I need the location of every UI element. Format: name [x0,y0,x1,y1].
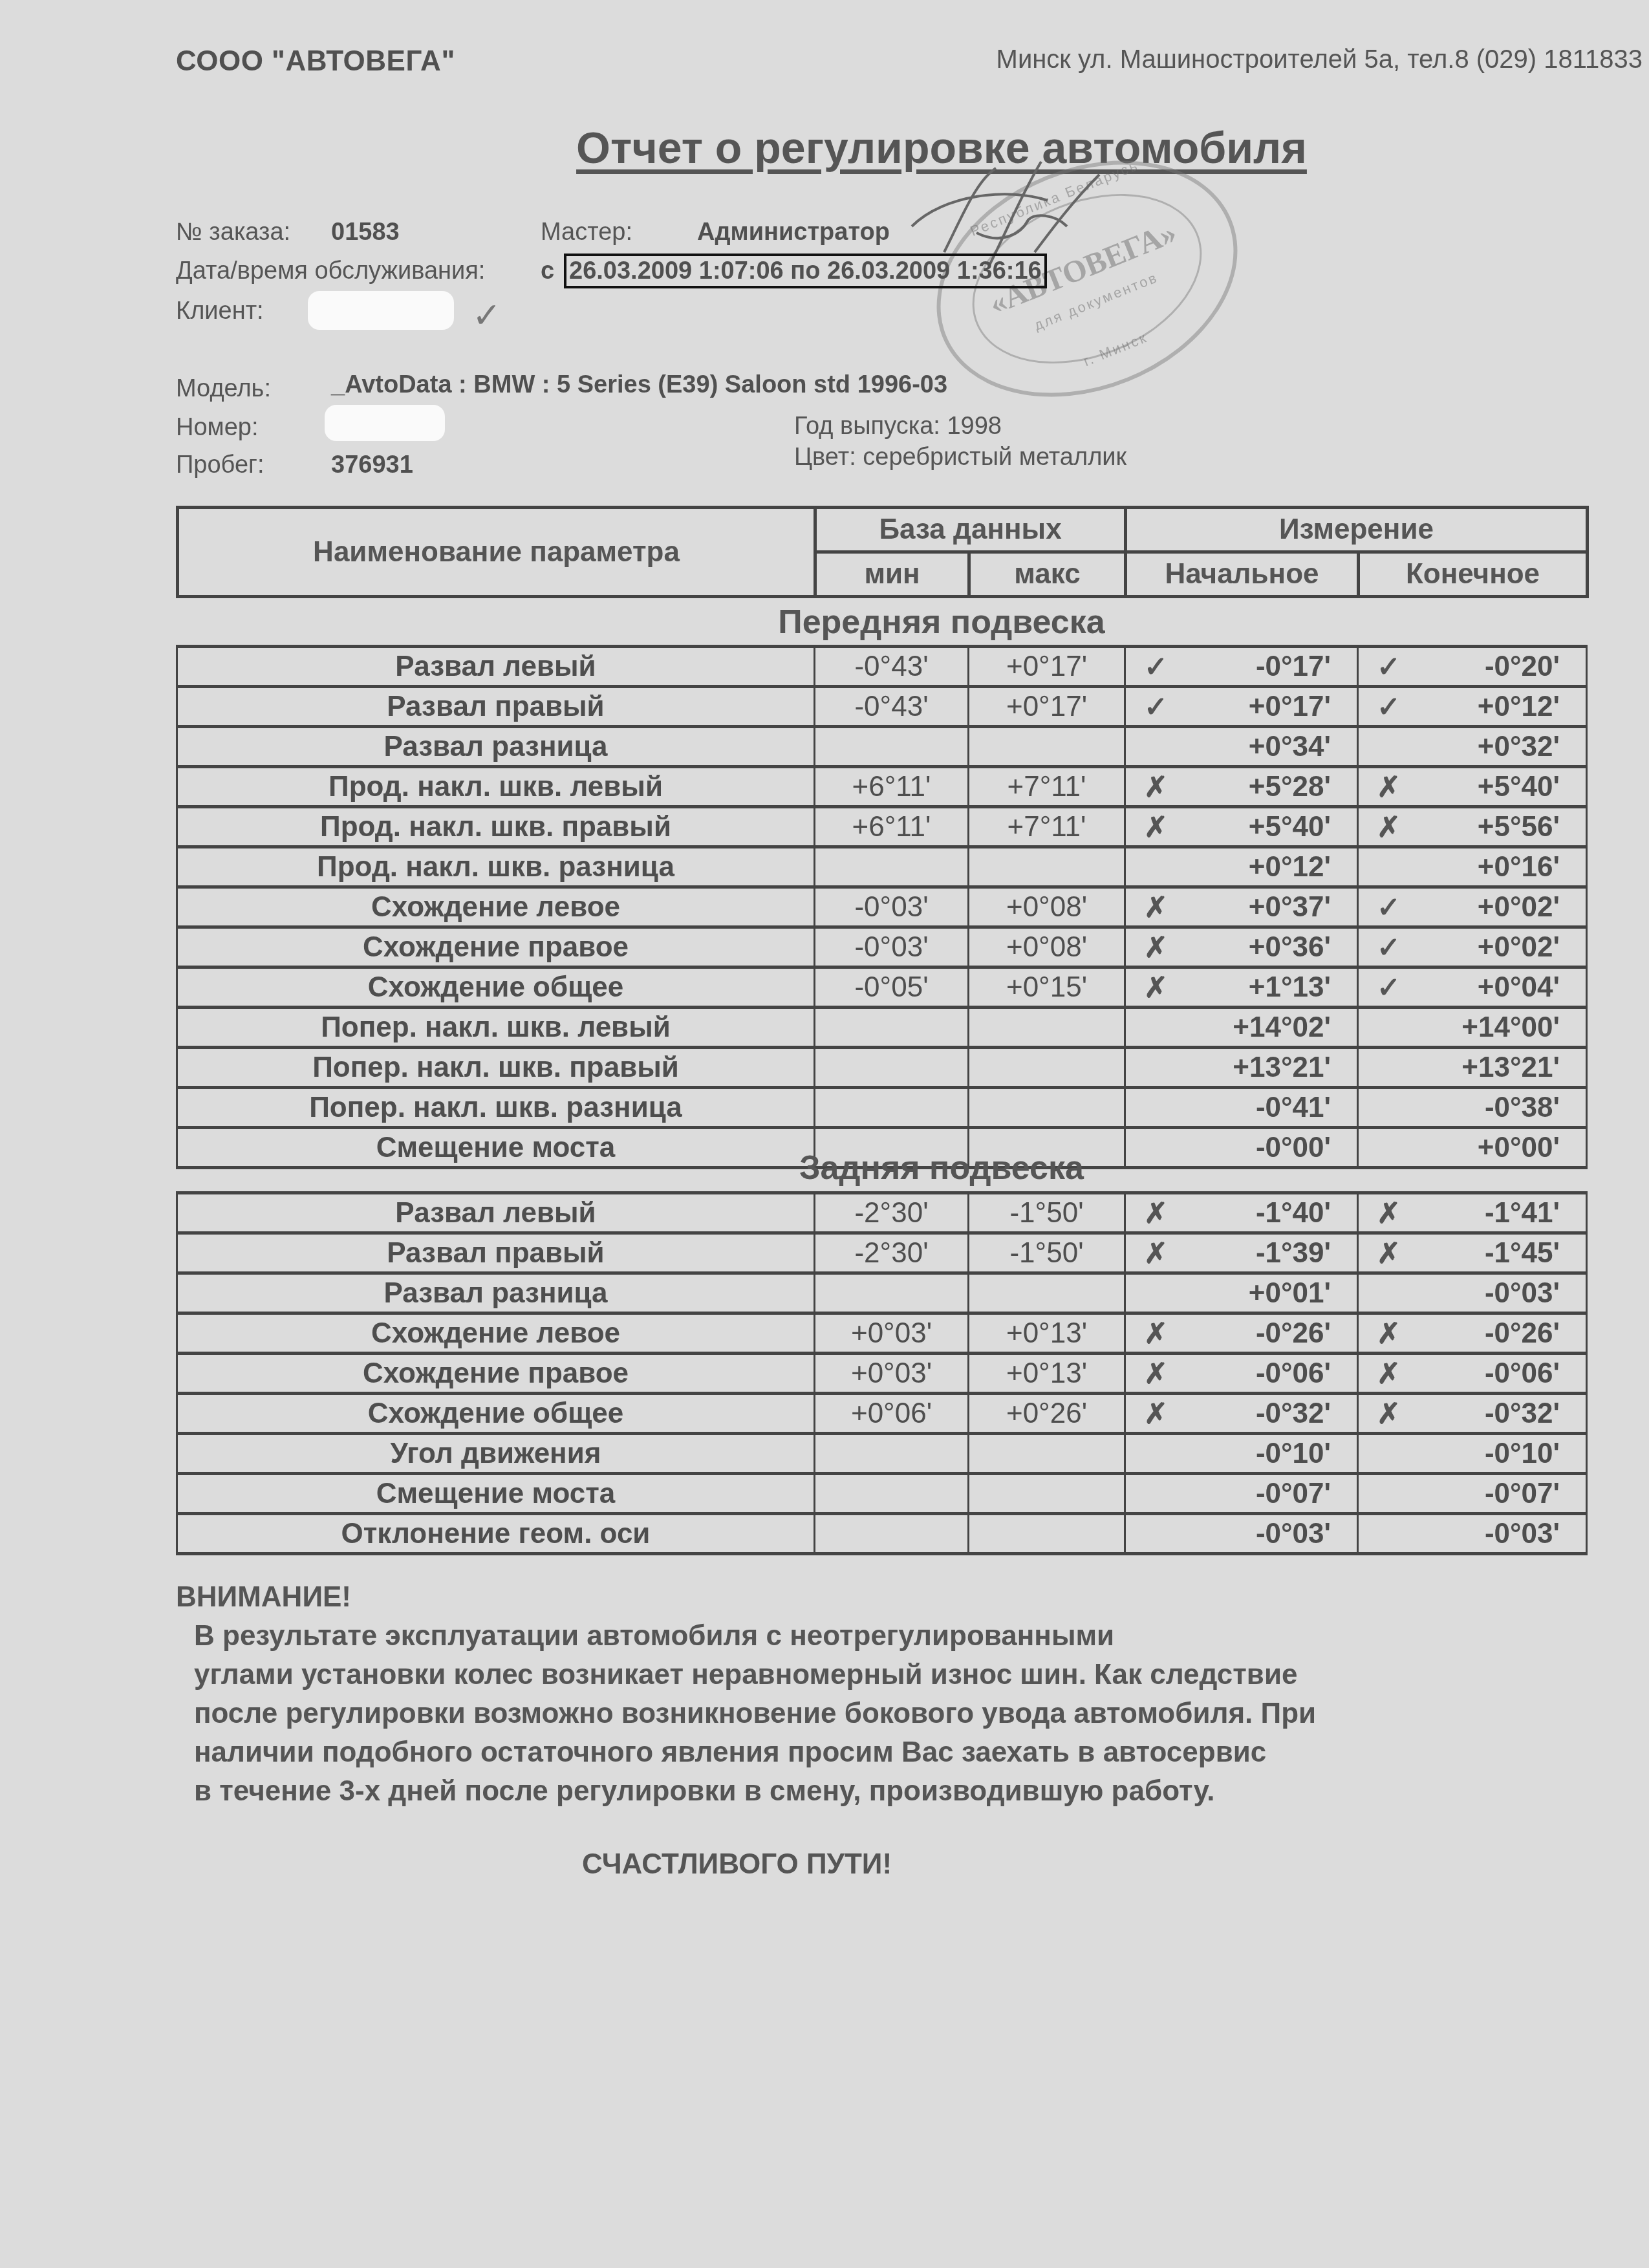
initial-value: -0°17' [1256,651,1331,682]
db-max [969,1008,1125,1048]
parameter-name: Прод. накл. шкв. левый [177,767,815,807]
initial-value-cell: ✗-0°26' [1125,1313,1358,1354]
cross-icon: ✗ [1144,1317,1168,1350]
initial-value: -0°32' [1256,1398,1331,1429]
db-max [969,1273,1125,1313]
db-max [969,727,1125,767]
db-min [815,1514,969,1554]
company-address: Минск ул. Машиностроителей 5а, тел.8 (02… [997,45,1643,74]
check-icon: ✓ [1377,891,1401,924]
table-row: Попер. накл. шкв. левый+14°02'+14°00' [177,1008,1587,1048]
cross-icon: ✗ [1144,1357,1168,1390]
header-final: Конечное [1359,552,1588,597]
db-max [969,1474,1125,1514]
initial-value: +0°34' [1249,731,1331,762]
db-max: +0°26' [969,1394,1125,1434]
final-value: +14°00' [1461,1011,1560,1043]
service-datetime-prefix: с [541,257,554,285]
cross-icon: ✗ [1377,771,1401,804]
final-value: -0°07' [1485,1478,1560,1509]
table-row: Угол движения-0°10'-0°10' [177,1434,1587,1474]
db-min: +6°11' [815,807,969,847]
farewell-text: СЧАСТЛИВОГО ПУТИ! [582,1848,892,1881]
final-value-cell: ✓-0°20' [1358,647,1587,687]
initial-value: +0°37' [1249,891,1331,923]
db-max [969,847,1125,887]
final-value-cell: ✓+0°02' [1358,887,1587,927]
notice-line: наличии подобного остаточного явления пр… [194,1733,1552,1772]
initial-value-cell: ✓+0°17' [1125,687,1358,727]
db-max: +0°08' [969,887,1125,927]
db-min: -2°30' [815,1193,969,1233]
table-row: Прод. накл. шкв. правый+6°11'+7°11'✗+5°4… [177,807,1587,847]
final-value: -0°20' [1485,651,1560,682]
parameter-name: Схождение общее [177,1394,815,1434]
db-min: +0°06' [815,1394,969,1434]
final-value: +0°16' [1478,851,1560,883]
db-max [969,1514,1125,1554]
initial-value: +5°28' [1249,771,1331,803]
final-value: +13°21' [1461,1052,1560,1083]
initial-value: +1°13' [1249,971,1331,1003]
header-database: База данных [815,508,1126,552]
plate-redacted [325,405,445,441]
initial-value-cell: ✗-0°06' [1125,1354,1358,1394]
cross-icon: ✗ [1144,1398,1168,1431]
db-max: +0°17' [969,687,1125,727]
db-min: +0°03' [815,1354,969,1394]
final-value-cell: ✗-0°32' [1358,1394,1587,1434]
final-value-cell: ✗+5°56' [1358,807,1587,847]
final-value-cell: ✓+0°12' [1358,687,1587,727]
final-value-cell: ✗-0°26' [1358,1313,1587,1354]
db-min: +0°03' [815,1313,969,1354]
cross-icon: ✗ [1377,1317,1401,1350]
table-row: Схождение правое+0°03'+0°13'✗-0°06'✗-0°0… [177,1354,1587,1394]
db-min [815,1474,969,1514]
initial-value-cell: ✓-0°17' [1125,647,1358,687]
initial-value-cell: +0°34' [1125,727,1358,767]
parameter-name: Попер. накл. шкв. разница [177,1088,815,1128]
parameter-name: Схождение левое [177,1313,815,1354]
parameter-name: Прод. накл. шкв. разница [177,847,815,887]
initial-value-cell: ✗+1°13' [1125,967,1358,1008]
notice-line: углами установки колес возникает неравно… [194,1656,1552,1694]
db-min [815,1008,969,1048]
cross-icon: ✗ [1377,1398,1401,1431]
order-number-label: № заказа: [176,219,290,246]
parameter-name: Развал левый [177,1193,815,1233]
db-max [969,1088,1125,1128]
parameter-name: Попер. накл. шкв. левый [177,1008,815,1048]
final-value-cell: +13°21' [1358,1048,1587,1088]
table-row: Попер. накл. шкв. правый+13°21'+13°21' [177,1048,1587,1088]
mileage-value: 376931 [331,451,413,479]
table-row: Схождение левое+0°03'+0°13'✗-0°26'✗-0°26… [177,1313,1587,1354]
master-label: Мастер: [541,219,632,246]
db-max: +0°08' [969,927,1125,967]
initial-value: -0°03' [1256,1518,1331,1550]
header-parameter: Наименование параметра [178,508,815,597]
final-value: +5°40' [1478,771,1560,803]
cross-icon: ✗ [1377,811,1401,844]
db-max: +0°13' [969,1313,1125,1354]
db-min [815,1088,969,1128]
db-min: -2°30' [815,1233,969,1273]
client-redacted [308,291,454,330]
service-datetime: 26.03.2009 1:07:06 по 26.03.2009 1:36:16 [564,254,1047,288]
parameter-name: Прод. накл. шкв. правый [177,807,815,847]
table-row: Развал левый-0°43'+0°17'✓-0°17'✓-0°20' [177,647,1587,687]
table-row: Развал правый-0°43'+0°17'✓+0°17'✓+0°12' [177,687,1587,727]
final-value-cell: -0°07' [1358,1474,1587,1514]
table-row: Прод. накл. шкв. левый+6°11'+7°11'✗+5°28… [177,767,1587,807]
parameter-name: Развал правый [177,1233,815,1273]
cross-icon: ✗ [1377,1197,1401,1230]
notice-line: В результате эксплуатации автомобиля с н… [194,1617,1552,1656]
cross-icon: ✗ [1377,1237,1401,1270]
initial-value: -0°06' [1256,1357,1331,1389]
db-max: +0°13' [969,1354,1125,1394]
check-icon: ✓ [1377,931,1401,964]
header-measurement: Измерение [1126,508,1588,552]
initial-value-cell: ✗+5°28' [1125,767,1358,807]
initial-value: +0°36' [1249,931,1331,963]
initial-value-cell: ✗-0°32' [1125,1394,1358,1434]
final-value-cell: -0°10' [1358,1434,1587,1474]
initial-value: -0°26' [1256,1317,1331,1349]
initial-value-cell: ✗+5°40' [1125,807,1358,847]
initial-value: +13°21' [1233,1052,1331,1083]
final-value: -1°41' [1485,1197,1560,1229]
final-value-cell: ✓+0°02' [1358,927,1587,967]
initial-value: -1°40' [1256,1197,1331,1229]
initial-value-cell: +0°01' [1125,1273,1358,1313]
table-row: Прод. накл. шкв. разница+0°12'+0°16' [177,847,1587,887]
db-min [815,847,969,887]
table-row: Схождение правое-0°03'+0°08'✗+0°36'✓+0°0… [177,927,1587,967]
check-icon: ✓ [1144,691,1168,724]
final-value: -0°38' [1485,1092,1560,1123]
cross-icon: ✗ [1144,811,1168,844]
check-icon: ✓ [1377,691,1401,724]
table-row: Развал разница+0°34'+0°32' [177,727,1587,767]
db-max: +0°17' [969,647,1125,687]
db-max [969,1434,1125,1474]
notice-line: в течение 3-х дней после регулировки в с… [194,1772,1552,1811]
initial-value: -1°39' [1256,1237,1331,1269]
final-value-cell: -0°03' [1358,1514,1587,1554]
table-row: Попер. накл. шкв. разница-0°41'-0°38' [177,1088,1587,1128]
parameter-name: Угол движения [177,1434,815,1474]
initial-value-cell: -0°07' [1125,1474,1358,1514]
final-value: -0°32' [1485,1398,1560,1429]
db-min: -0°03' [815,887,969,927]
db-min: -0°43' [815,647,969,687]
cross-icon: ✗ [1144,1197,1168,1230]
company-name: СООО "АВТОВЕГА" [176,45,455,78]
front-suspension-table: Развал левый-0°43'+0°17'✓-0°17'✓-0°20'Ра… [176,645,1588,1169]
cross-icon: ✗ [1144,891,1168,924]
db-min: +6°11' [815,767,969,807]
final-value-cell: ✗-1°41' [1358,1193,1587,1233]
final-value-cell: +14°00' [1358,1008,1587,1048]
initial-value-cell: ✗+0°37' [1125,887,1358,927]
final-value: -1°45' [1485,1237,1560,1269]
handwritten-check-icon: ✓ [472,295,501,336]
plate-label: Номер: [176,414,259,442]
notice-title: ВНИМАНИЕ! [176,1581,351,1614]
final-value: +0°04' [1478,971,1560,1003]
final-value: +5°56' [1478,811,1560,843]
db-min: -0°05' [815,967,969,1008]
parameter-name: Развал разница [177,1273,815,1313]
cross-icon: ✗ [1144,771,1168,804]
db-max: +7°11' [969,767,1125,807]
parameter-name: Схождение общее [177,967,815,1008]
header-min: мин [815,552,969,597]
initial-value-cell: ✗+0°36' [1125,927,1358,967]
initial-value-cell: -0°03' [1125,1514,1358,1554]
parameter-name: Развал левый [177,647,815,687]
parameter-name: Схождение левое [177,887,815,927]
initial-value-cell: +13°21' [1125,1048,1358,1088]
notice-line: после регулировки возможно возникновение… [194,1694,1552,1733]
model-label: Модель: [176,375,271,403]
table-row: Смещение моста-0°07'-0°07' [177,1474,1587,1514]
initial-value-cell: +0°12' [1125,847,1358,887]
initial-value-cell: ✗-1°40' [1125,1193,1358,1233]
final-value: -0°26' [1485,1317,1560,1349]
db-min [815,1434,969,1474]
final-value: -0°03' [1485,1277,1560,1309]
db-min: -0°03' [815,927,969,967]
table-row: Развал разница+0°01'-0°03' [177,1273,1587,1313]
master-value: Администратор [697,219,890,246]
year-text: Год выпуска: 1998 [794,413,1002,440]
db-max [969,1048,1125,1088]
initial-value-cell: +14°02' [1125,1008,1358,1048]
initial-value: +5°40' [1249,811,1331,843]
mileage-label: Пробег: [176,451,264,479]
table-row: Развал правый-2°30'-1°50'✗-1°39'✗-1°45' [177,1233,1587,1273]
cross-icon: ✗ [1144,1237,1168,1270]
rear-suspension-table: Развал левый-2°30'-1°50'✗-1°40'✗-1°41'Ра… [176,1191,1588,1555]
db-max: -1°50' [969,1233,1125,1273]
check-icon: ✓ [1144,651,1168,684]
final-value: -0°06' [1485,1357,1560,1389]
db-min [815,1273,969,1313]
final-value: +0°02' [1478,931,1560,963]
client-label: Клиент: [176,297,264,325]
report-title: Отчет о регулировке автомобиля [0,123,1649,173]
db-min [815,1048,969,1088]
final-value: -0°03' [1485,1518,1560,1550]
initial-value-cell: ✗-1°39' [1125,1233,1358,1273]
final-value: -0°10' [1485,1438,1560,1469]
initial-value: +0°17' [1249,691,1331,722]
final-value-cell: ✗-0°06' [1358,1354,1587,1394]
initial-value: -0°41' [1256,1092,1331,1123]
table-row: Схождение общее+0°06'+0°26'✗-0°32'✗-0°32… [177,1394,1587,1434]
header-max: макс [969,552,1126,597]
final-value-cell: +0°32' [1358,727,1587,767]
cross-icon: ✗ [1144,971,1168,1004]
parameter-name: Смещение моста [177,1474,815,1514]
check-icon: ✓ [1377,971,1401,1004]
initial-value: +0°12' [1249,851,1331,883]
model-value: _AvtoData : BMW : 5 Series (E39) Saloon … [331,371,947,399]
final-value-cell: ✓+0°04' [1358,967,1587,1008]
order-number: 01583 [331,219,400,246]
db-max: +7°11' [969,807,1125,847]
color-text: Цвет: серебристый металлик [794,444,1126,471]
final-value-cell: -0°03' [1358,1273,1587,1313]
table-row: Развал левый-2°30'-1°50'✗-1°40'✗-1°41' [177,1193,1587,1233]
table-row: Схождение левое-0°03'+0°08'✗+0°37'✓+0°02… [177,887,1587,927]
check-icon: ✓ [1377,651,1401,684]
final-value-cell: -0°38' [1358,1088,1587,1128]
parameter-name: Развал разница [177,727,815,767]
front-suspension-title: Передняя подвеска [0,603,1649,642]
final-value-cell: ✗-1°45' [1358,1233,1587,1273]
table-row: Схождение общее-0°05'+0°15'✗+1°13'✓+0°04… [177,967,1587,1008]
initial-value-cell: -0°10' [1125,1434,1358,1474]
parameter-name: Развал правый [177,687,815,727]
notice-body: В результате эксплуатации автомобиля с н… [194,1617,1552,1811]
final-value: +0°32' [1478,731,1560,762]
table-header: Наименование параметра База данных Измер… [176,506,1589,598]
service-datetime-label: Дата/время обслуживания: [176,257,485,285]
parameter-name: Отклонение геом. оси [177,1514,815,1554]
initial-value: -0°10' [1256,1438,1331,1469]
final-value: +0°02' [1478,891,1560,923]
final-value-cell: ✗+5°40' [1358,767,1587,807]
initial-value: +0°01' [1249,1277,1331,1309]
parameter-name: Попер. накл. шкв. правый [177,1048,815,1088]
initial-value: -0°07' [1256,1478,1331,1509]
cross-icon: ✗ [1377,1357,1401,1390]
table-row: Отклонение геом. оси-0°03'-0°03' [177,1514,1587,1554]
header-initial: Начальное [1126,552,1359,597]
db-max: +0°15' [969,967,1125,1008]
db-min: -0°43' [815,687,969,727]
rear-suspension-title: Задняя подвеска [0,1149,1649,1187]
db-min [815,727,969,767]
final-value: +0°12' [1478,691,1560,722]
parameter-name: Схождение правое [177,927,815,967]
parameter-name: Схождение правое [177,1354,815,1394]
initial-value: +14°02' [1233,1011,1331,1043]
cross-icon: ✗ [1144,931,1168,964]
initial-value-cell: -0°41' [1125,1088,1358,1128]
final-value-cell: +0°16' [1358,847,1587,887]
db-max: -1°50' [969,1193,1125,1233]
